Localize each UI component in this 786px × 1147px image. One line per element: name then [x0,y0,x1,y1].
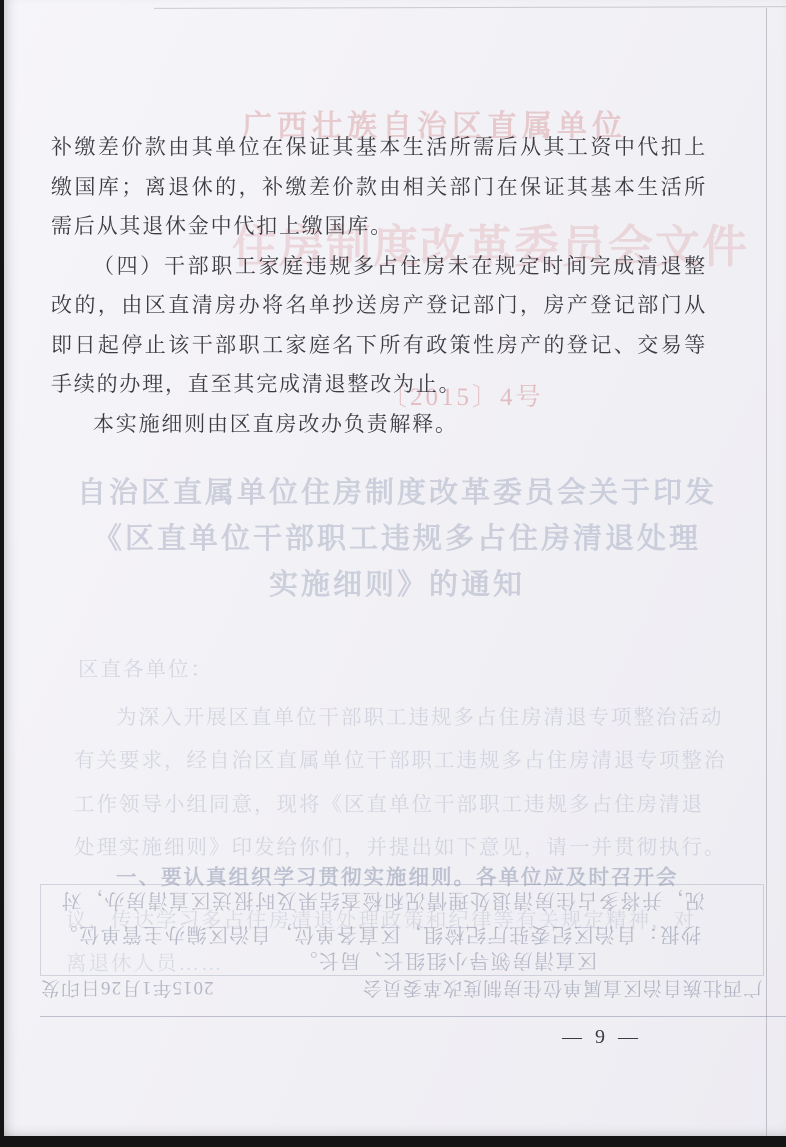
paper-sheet: 广西壮族自治区直属单位 住房制度改革委员会文件 〔2015〕4号 自治区直属单位… [4,0,786,1136]
rotated-print-date: 2015年1月26日印发 [40,976,214,1003]
rotated-issuer-name: 广西壮族自治区直属单位住房制度改革委员会 [362,976,762,1003]
scanned-document-page: 广西壮族自治区直属单位 住房制度改革委员会文件 〔2015〕4号 自治区直属单位… [0,0,786,1147]
rotated-bleed-line2: 抄报：自治区纪委驻厅纪检组，区直各单位，自治区编办主管单位。 [56,922,701,951]
paragraph-interpretation: 本实施细则由区直房改办负责解释。 [51,405,707,445]
showthrough-body-line1: 为深入开展区直单位干部职工违规多占住房清退专项整治活动 [116,700,724,730]
showthrough-salutation: 区直各单位： [78,652,213,682]
paragraph-item-four: （四）干部职工家庭违规多占住房未在规定时间完成清退整改的，由区直清房办将名单抄送… [51,247,707,405]
showthrough-body-line4: 处理实施细则》印发给你们，并提出如下意见，请一并贯彻执行。 [74,830,727,860]
showthrough-title-line2: 《区直单位干部职工违规多占住房清退处理 [44,516,750,562]
footer-hairline [40,1016,786,1017]
rotated-bleed-line3: 区直清房领导小组组长、局长。 [296,948,597,977]
page-right-edge-line [766,8,767,1136]
showthrough-title-line3: 实施细则》的通知 [44,562,750,608]
paragraph-continuation: 补缴差价款由其单位在保证其基本生活所需后从其工资中代扣上缴国库；离退休的，补缴差… [51,128,707,247]
showthrough-notice-title: 自治区直属单位住房制度改革委员会关于印发 《区直单位干部职工违规多占住房清退处理… [44,470,750,608]
showthrough-title-line1: 自治区直属单位住房制度改革委员会关于印发 [44,470,750,516]
rotated-issuer-row: 广西壮族自治区直属单位住房制度改革委员会 2015年1月26日印发 [40,976,762,1003]
page-top-edge-line [154,6,786,9]
showthrough-body-line3: 工作领导小组同意，现将《区直单位干部职工违规多占住房清退 [74,787,704,817]
showthrough-body-line2: 有关要求，经自治区直属单位干部职工违规多占住房清退专项整治 [74,743,727,773]
main-body-text: 补缴差价款由其单位在保证其基本生活所需后从其工资中代扣上缴国库；离退休的，补缴差… [51,128,707,444]
rotated-bleed-line1: 况，并将多占住房清退处理情况和检查结果及时报送区直清房办，对 [60,888,705,917]
page-number: — 9 — [562,1026,642,1049]
